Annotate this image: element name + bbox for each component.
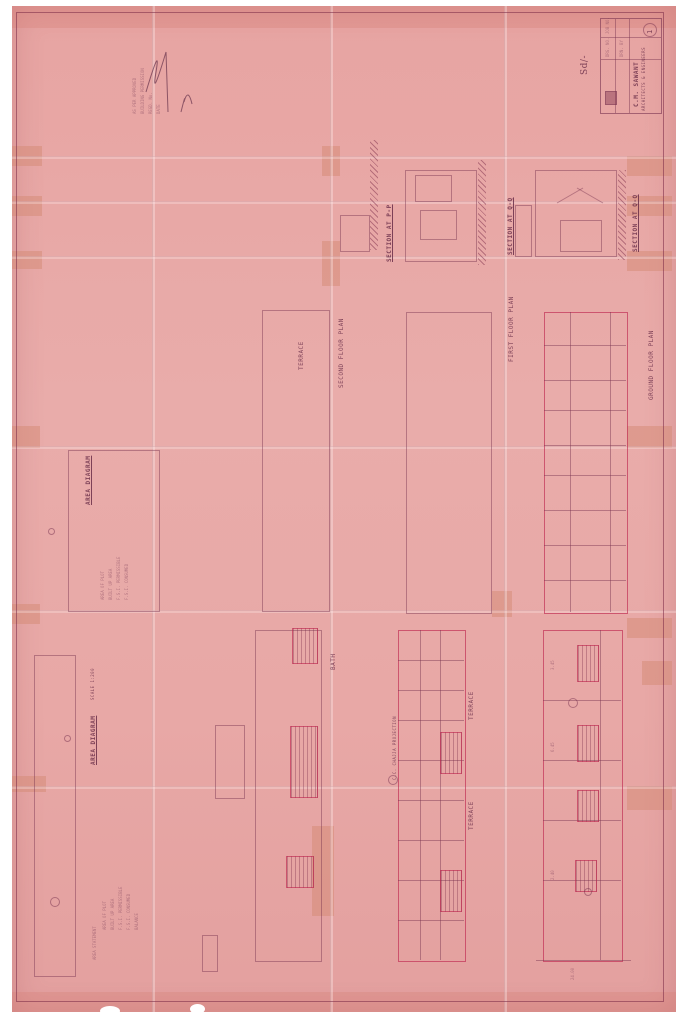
torn-edge	[0, 0, 12, 1024]
area-heading: AREA STATEMENT	[92, 926, 98, 960]
title-block: 1 C.M. SAWANT ARCHITECTS & ENGINEERS JOB…	[600, 18, 662, 114]
title-field: DRN. BY	[619, 40, 625, 57]
torn-edge	[676, 0, 680, 1024]
ground-floor-label: GROUND FLOOR PLAN	[648, 330, 655, 400]
firm-subtitle: ARCHITECTS & ENGINEERS	[641, 47, 646, 111]
section-qq-label-2: SECTION AT Q-Q	[632, 194, 639, 252]
terrace-label: TERRACE	[298, 341, 305, 370]
room-label: TERRACE	[468, 691, 475, 720]
signature-icon	[126, 22, 216, 120]
firm-name: C.M. SAWANT	[633, 62, 640, 107]
dimension-label: 2.40	[550, 870, 556, 880]
area-diagram-label: AREA DIAGRAM	[90, 716, 97, 765]
dimension-label: 24.00	[570, 968, 576, 980]
torn-edge	[190, 1004, 205, 1014]
firm-logo	[605, 91, 617, 105]
area-row: BUILT UP AREA	[110, 899, 116, 930]
scale-label: SCALE 1:200	[90, 668, 95, 700]
second-floor-outline	[262, 310, 330, 612]
room-label: BATH	[330, 654, 337, 670]
title-signature: Sd/-	[580, 55, 590, 75]
section-qq-label: SECTION AT Q-Q	[507, 197, 514, 255]
approval-stamp: AS PER APPROVED BUILDING PERMISSION REGD…	[126, 22, 216, 120]
area-row: F.S.I. CONSUMED	[124, 564, 130, 600]
area-row: AREA OF PLOT	[102, 901, 108, 930]
area-row: F.S.I. CONSUMED	[126, 894, 132, 930]
area-row: F.S.I. PERMISSIBLE	[116, 557, 122, 600]
torn-edge	[100, 1006, 120, 1016]
torn-edge	[0, 0, 680, 6]
area-row: BUILT UP AREA	[108, 569, 114, 600]
second-floor-label: SECOND FLOOR PLAN	[338, 318, 345, 388]
area-diagram-label: AREA DIAGRAM	[85, 456, 92, 505]
sheet-number: 1	[646, 29, 654, 34]
dimension-label: 6.45	[550, 742, 556, 752]
room-label: C.C. CHAJJA PROJECTION	[392, 716, 397, 780]
area-row: AREA OF PLOT	[100, 571, 106, 600]
area-row: BALANCE	[134, 913, 140, 930]
section-pp-label: SECTION AT P-P	[386, 204, 393, 262]
area-row: F.S.I. PERMISSIBLE	[118, 887, 124, 930]
room-label: TERRACE	[468, 801, 475, 830]
first-floor-label: FIRST FLOOR PLAN	[508, 296, 515, 362]
first-floor-outline	[406, 312, 492, 614]
title-field: JOB NO.	[605, 17, 611, 34]
title-field: DRG. NO.	[605, 38, 611, 57]
dimension-label: 3.45	[550, 660, 556, 670]
